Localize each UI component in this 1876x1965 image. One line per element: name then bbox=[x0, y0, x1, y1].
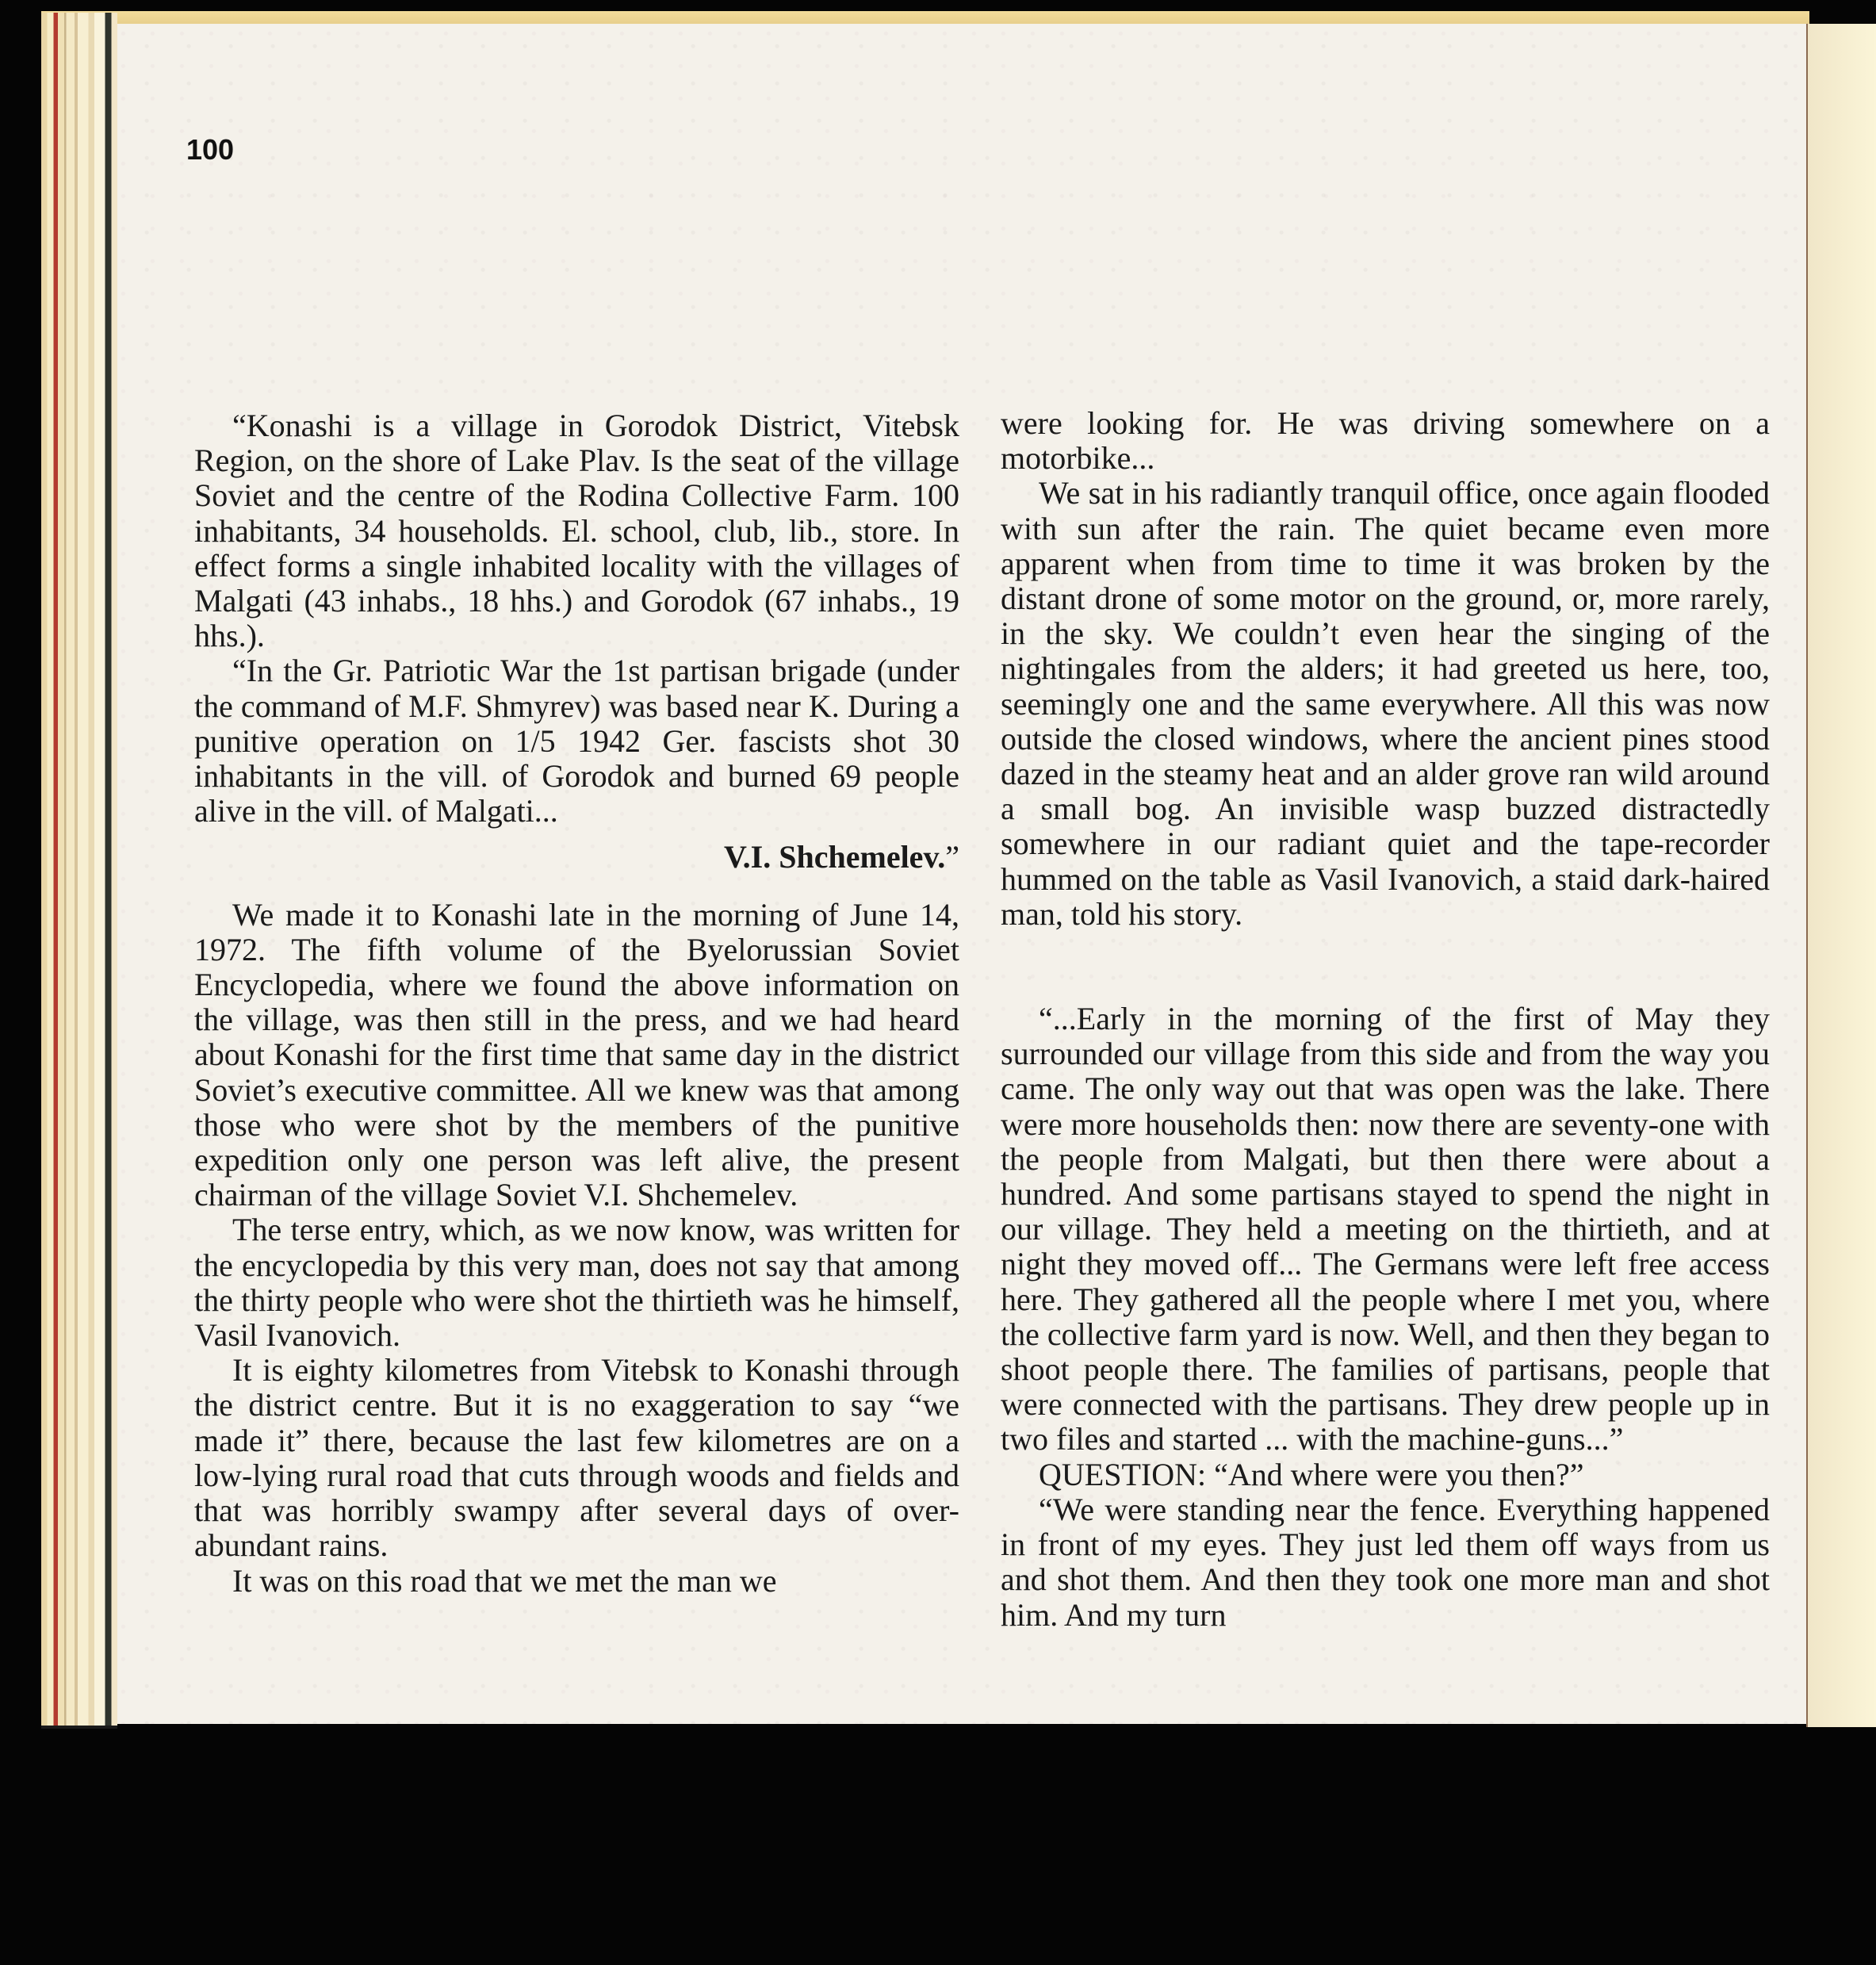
body-paragraph: It was on this road that we met the man … bbox=[194, 1564, 959, 1599]
left-text-column: “Konashi is a village in Gorodok Distric… bbox=[194, 408, 959, 1599]
testimony-paragraph: “...Early in the morning of the first of… bbox=[1001, 1002, 1770, 1457]
book-page-edges bbox=[41, 13, 117, 1729]
right-text-column: were looking for. He was driving somewhe… bbox=[1001, 406, 1770, 1633]
body-paragraph: It is eighty kilometres from Vitebsk to … bbox=[194, 1353, 959, 1563]
body-paragraph: We made it to Konashi late in the mornin… bbox=[194, 898, 959, 1213]
encyclopedia-quote-paragraph-2: “In the Gr. Patriotic War the 1st partis… bbox=[194, 653, 959, 829]
signature-name: V.I. Shchemelev. bbox=[724, 839, 945, 875]
body-paragraph: We sat in his radiantly tranquil office,… bbox=[1001, 476, 1770, 932]
quote-signature: V.I. Shchemelev.” bbox=[194, 840, 959, 875]
facing-page-edge bbox=[1806, 24, 1876, 1727]
testimony-paragraph: “We were standing near the fence. Everyt… bbox=[1001, 1492, 1770, 1633]
encyclopedia-quote-paragraph-1: “Konashi is a village in Gorodok Distric… bbox=[194, 408, 959, 653]
book-top-edge bbox=[41, 11, 1809, 24]
section-gap bbox=[1001, 932, 1770, 1002]
page-number: 100 bbox=[186, 133, 234, 167]
signature-close-quote: ” bbox=[945, 839, 959, 875]
body-paragraph: The terse entry, which, as we now know, … bbox=[194, 1212, 959, 1353]
question-paragraph: QUESTION: “And where were you then?” bbox=[1001, 1457, 1770, 1492]
body-paragraph-continued: were looking for. He was driving somewhe… bbox=[1001, 406, 1770, 476]
